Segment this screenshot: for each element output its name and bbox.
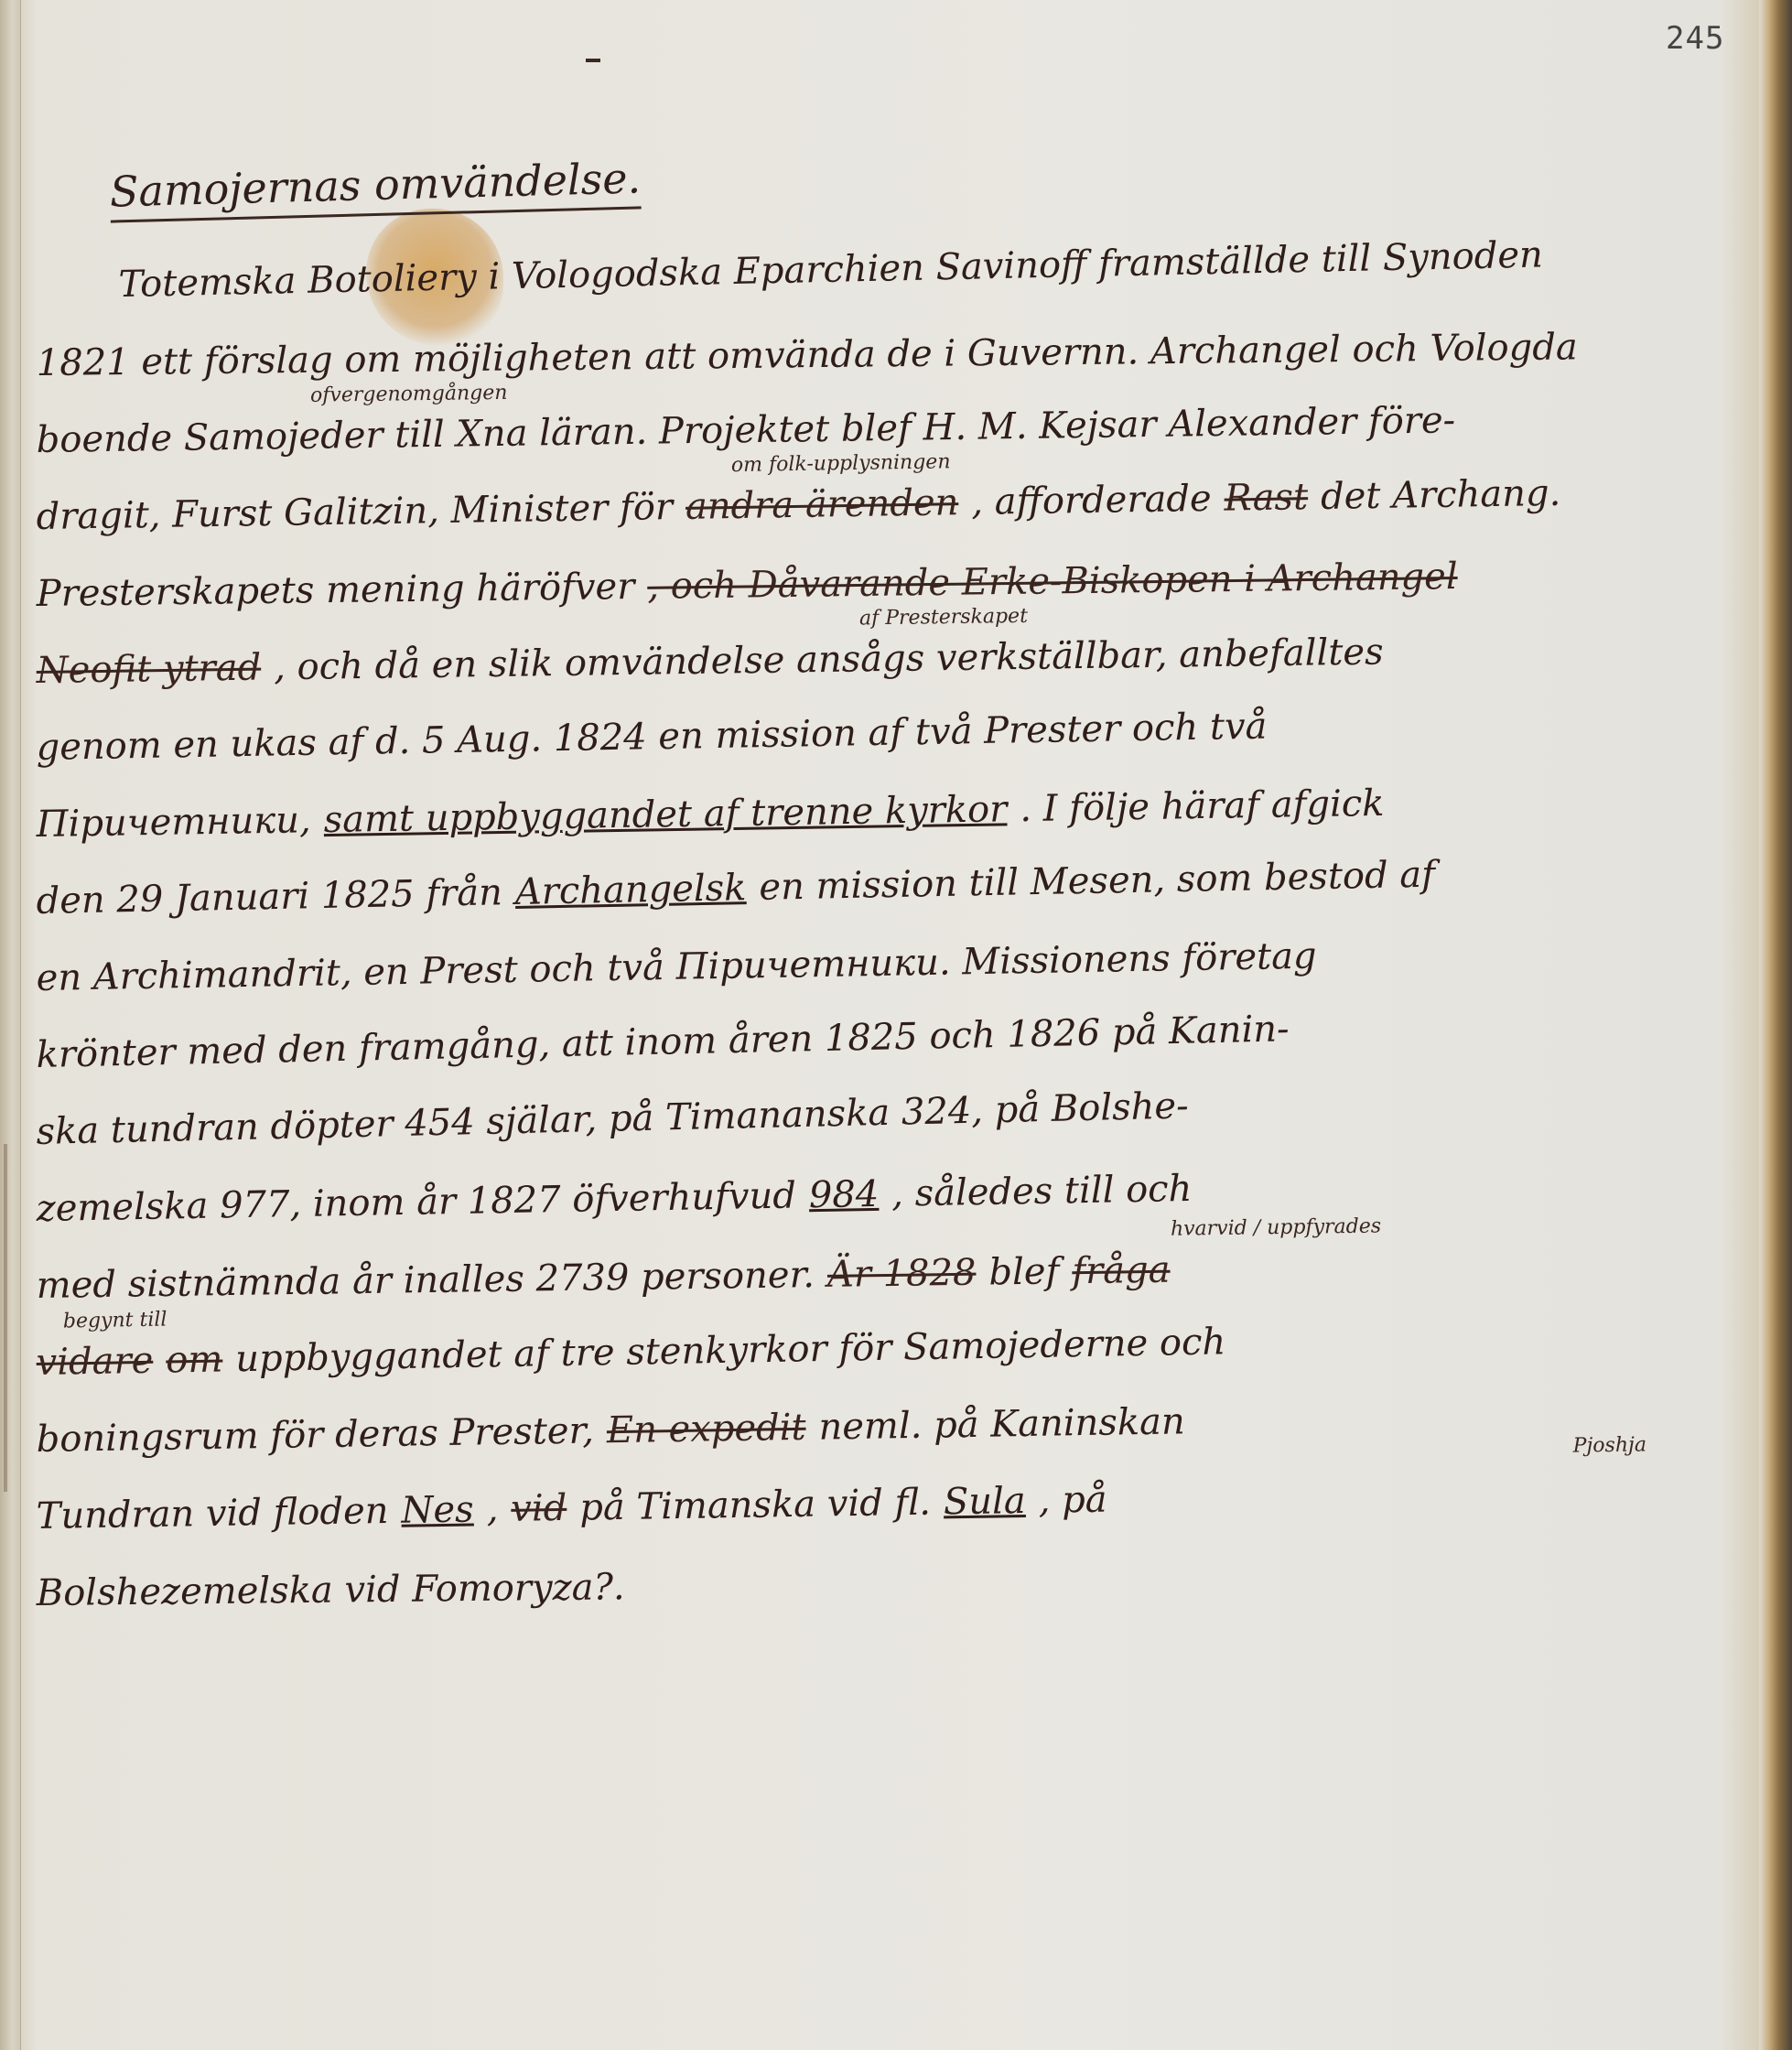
margin-shadow xyxy=(4,1144,7,1492)
struck-text: vid xyxy=(511,1487,567,1530)
line-text: , xyxy=(486,1488,498,1530)
interlinear-insertion: om folk-upplysningen xyxy=(731,450,951,477)
interlinear-insertion: ofvergenomgången xyxy=(310,382,508,407)
struck-text: vidare xyxy=(36,1340,153,1384)
line-text: , afforderade xyxy=(971,478,1212,523)
struck-text: Rast xyxy=(1224,476,1308,519)
line-text: . I följe häraf afgick xyxy=(1020,782,1385,830)
struck-text: , och Dåvarande Erke-Biskopen i Archange… xyxy=(647,556,1458,608)
page-edge-right xyxy=(1759,0,1792,2050)
struck-text: fråga xyxy=(1072,1249,1171,1292)
line-text: , således till och xyxy=(891,1168,1193,1215)
manuscript-line: Totemska Botoliery i Vologodska Eparchie… xyxy=(36,231,1711,342)
struck-text: Neofit ytrad xyxy=(36,647,261,692)
folio-number: 245 xyxy=(1666,20,1724,57)
struck-text: andra ärenden xyxy=(685,481,959,528)
underlined-text: Sula xyxy=(944,1480,1027,1523)
underlined-text: Archangelsk xyxy=(514,867,746,913)
line-text: dragit, Furst Galitzin, Minister för xyxy=(36,486,673,538)
line-text: på Timanska vid fl. xyxy=(579,1482,931,1529)
interlinear-insertion: hvarvid / uppfyrades xyxy=(1171,1214,1381,1240)
interlinear-insertion: af Presterskapet xyxy=(859,605,1028,631)
interlinear-insertion: begynt till xyxy=(63,1309,167,1333)
line-text: boningsrum för deras Prester, xyxy=(36,1409,594,1461)
manuscript-body: Totemska Botoliery i Vologodska Eparchie… xyxy=(37,265,1711,1649)
line-text: neml. på Kaninskan xyxy=(818,1400,1185,1448)
struck-text: En expedit xyxy=(607,1407,806,1451)
interlinear-insertion: Pjoshja xyxy=(1573,1433,1647,1457)
line-text: Presterskapets mening häröfver xyxy=(36,566,634,615)
binding-edge-left xyxy=(0,0,21,2050)
page-title: Samojernas omvändelse. xyxy=(109,153,642,222)
line-text: den 29 Januari 1825 från xyxy=(36,871,502,922)
underlined-text: Nes xyxy=(401,1488,474,1531)
line-text: Totemska Botoliery i Vologodska Eparchie… xyxy=(118,234,1543,307)
line-text: det Archang. xyxy=(1321,472,1561,518)
struck-text: om xyxy=(166,1338,223,1381)
manuscript-line: Bolshezemelska vid Fomoryza?. xyxy=(37,1555,1712,1649)
line-text: Bolshezemelska vid Fomoryza?. xyxy=(37,1566,625,1614)
line-text: blef xyxy=(988,1250,1060,1293)
line-text: , på xyxy=(1038,1479,1107,1522)
underlined-text: 984 xyxy=(808,1173,879,1216)
manuscript-scan: 245 Samojernas omvändelse. Totemska Boto… xyxy=(0,0,1792,2050)
line-text: Пiрuчетники, xyxy=(36,799,311,846)
ink-mark xyxy=(586,59,600,62)
struck-text: Är 1828 xyxy=(827,1252,977,1296)
line-text: Tundran vid floden xyxy=(36,1490,388,1537)
